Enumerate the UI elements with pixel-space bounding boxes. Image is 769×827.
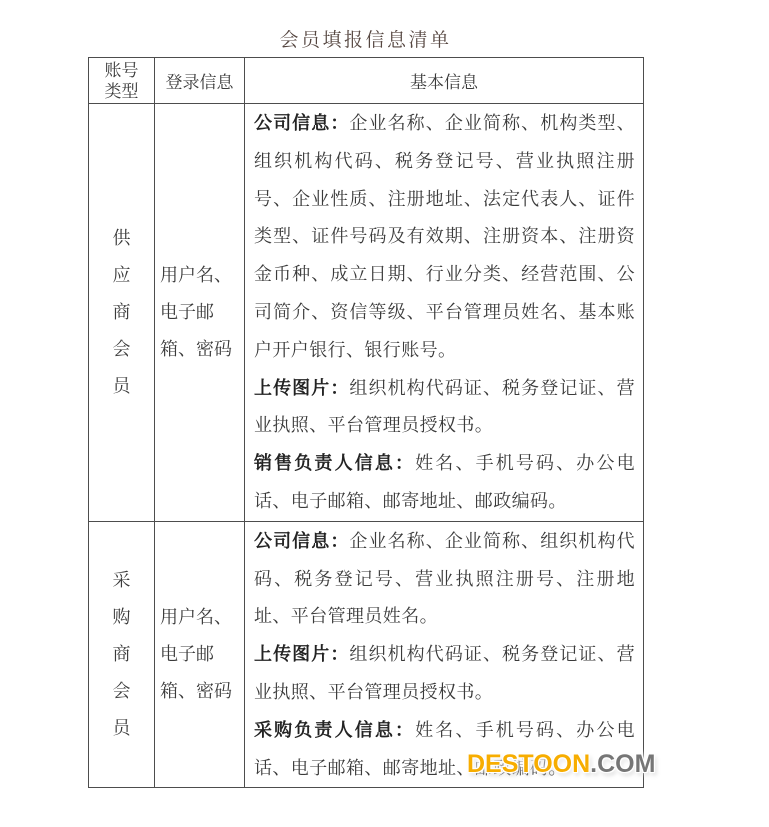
purchaser-login-line-2: 电子邮 [160, 636, 244, 673]
purchaser-upload-images: 上传图片：组织机构代码证、税务登记证、营业执照、平台管理员授权书。 [254, 636, 635, 712]
table-row-purchaser: 采购商会员 用户名、 电子邮 箱、密码 公司信息：企业名称、企业简称、组织机构代… [89, 521, 644, 788]
supplier-login-line-1: 用户名、 [160, 257, 244, 294]
purchaser-basic-cell: 公司信息：企业名称、企业简称、组织机构代码、税务登记号、营业执照注册号、注册地址… [245, 521, 644, 788]
purchaser-contact-label: 采购负责人信息： [254, 720, 415, 740]
purchaser-upload-images-label: 上传图片： [254, 644, 349, 664]
destoon-watermark: DESTOON.COM [467, 750, 655, 779]
header-login-info: 登录信息 [155, 58, 245, 104]
header-basic-info-label: 基本信息 [410, 73, 478, 92]
purchaser-company-info: 公司信息：企业名称、企业简称、组织机构代码、税务登记号、营业执照注册号、注册地址… [254, 523, 635, 636]
header-account-type-label: 账号类型 [103, 60, 141, 102]
supplier-basic-cell: 公司信息：企业名称、企业简称、机构类型、组织机构代码、税务登记号、营业执照注册号… [245, 104, 644, 522]
purchaser-account-type: 采购商会员 [110, 562, 134, 747]
supplier-login-line-3: 箱、密码 [160, 331, 244, 368]
page-title: 会员填报信息清单 [88, 25, 643, 52]
supplier-account-type: 供应商会员 [110, 220, 134, 405]
supplier-login-line-2: 电子邮 [160, 294, 244, 331]
supplier-upload-images-label: 上传图片： [254, 378, 349, 398]
supplier-sales-contact: 销售负责人信息：姓名、手机号码、办公电话、电子邮箱、邮寄地址、邮政编码。 [254, 445, 635, 521]
supplier-upload-images: 上传图片：组织机构代码证、税务登记证、营业执照、平台管理员授权书。 [254, 370, 635, 446]
supplier-type-cell: 供应商会员 [89, 104, 155, 522]
purchaser-login-line-1: 用户名、 [160, 599, 244, 636]
supplier-sales-contact-label: 销售负责人信息： [254, 453, 415, 473]
supplier-company-info-text: 企业名称、企业简称、机构类型、组织机构代码、税务登记号、营业执照注册号、企业性质… [254, 113, 635, 360]
purchaser-company-info-label: 公司信息： [254, 531, 349, 551]
supplier-company-info-label: 公司信息： [254, 113, 349, 133]
purchaser-login-cell: 用户名、 电子邮 箱、密码 [155, 521, 245, 788]
header-basic-info: 基本信息 [245, 58, 644, 104]
purchaser-login-line-3: 箱、密码 [160, 673, 244, 710]
watermark-brand-text: DESTOON [467, 750, 590, 778]
member-info-table: 账号类型 登录信息 基本信息 供应商会员 用户名、 电子邮 箱、密码 公司信息：… [88, 57, 644, 788]
header-login-info-label: 登录信息 [166, 73, 234, 92]
header-account-type: 账号类型 [89, 58, 155, 104]
table-header-row: 账号类型 登录信息 基本信息 [89, 58, 644, 104]
watermark-suffix-text: .COM [590, 750, 655, 778]
supplier-company-info: 公司信息：企业名称、企业简称、机构类型、组织机构代码、税务登记号、营业执照注册号… [254, 105, 635, 370]
purchaser-type-cell: 采购商会员 [89, 521, 155, 788]
table-row-supplier: 供应商会员 用户名、 电子邮 箱、密码 公司信息：企业名称、企业简称、机构类型、… [89, 104, 644, 522]
supplier-login-cell: 用户名、 电子邮 箱、密码 [155, 104, 245, 522]
